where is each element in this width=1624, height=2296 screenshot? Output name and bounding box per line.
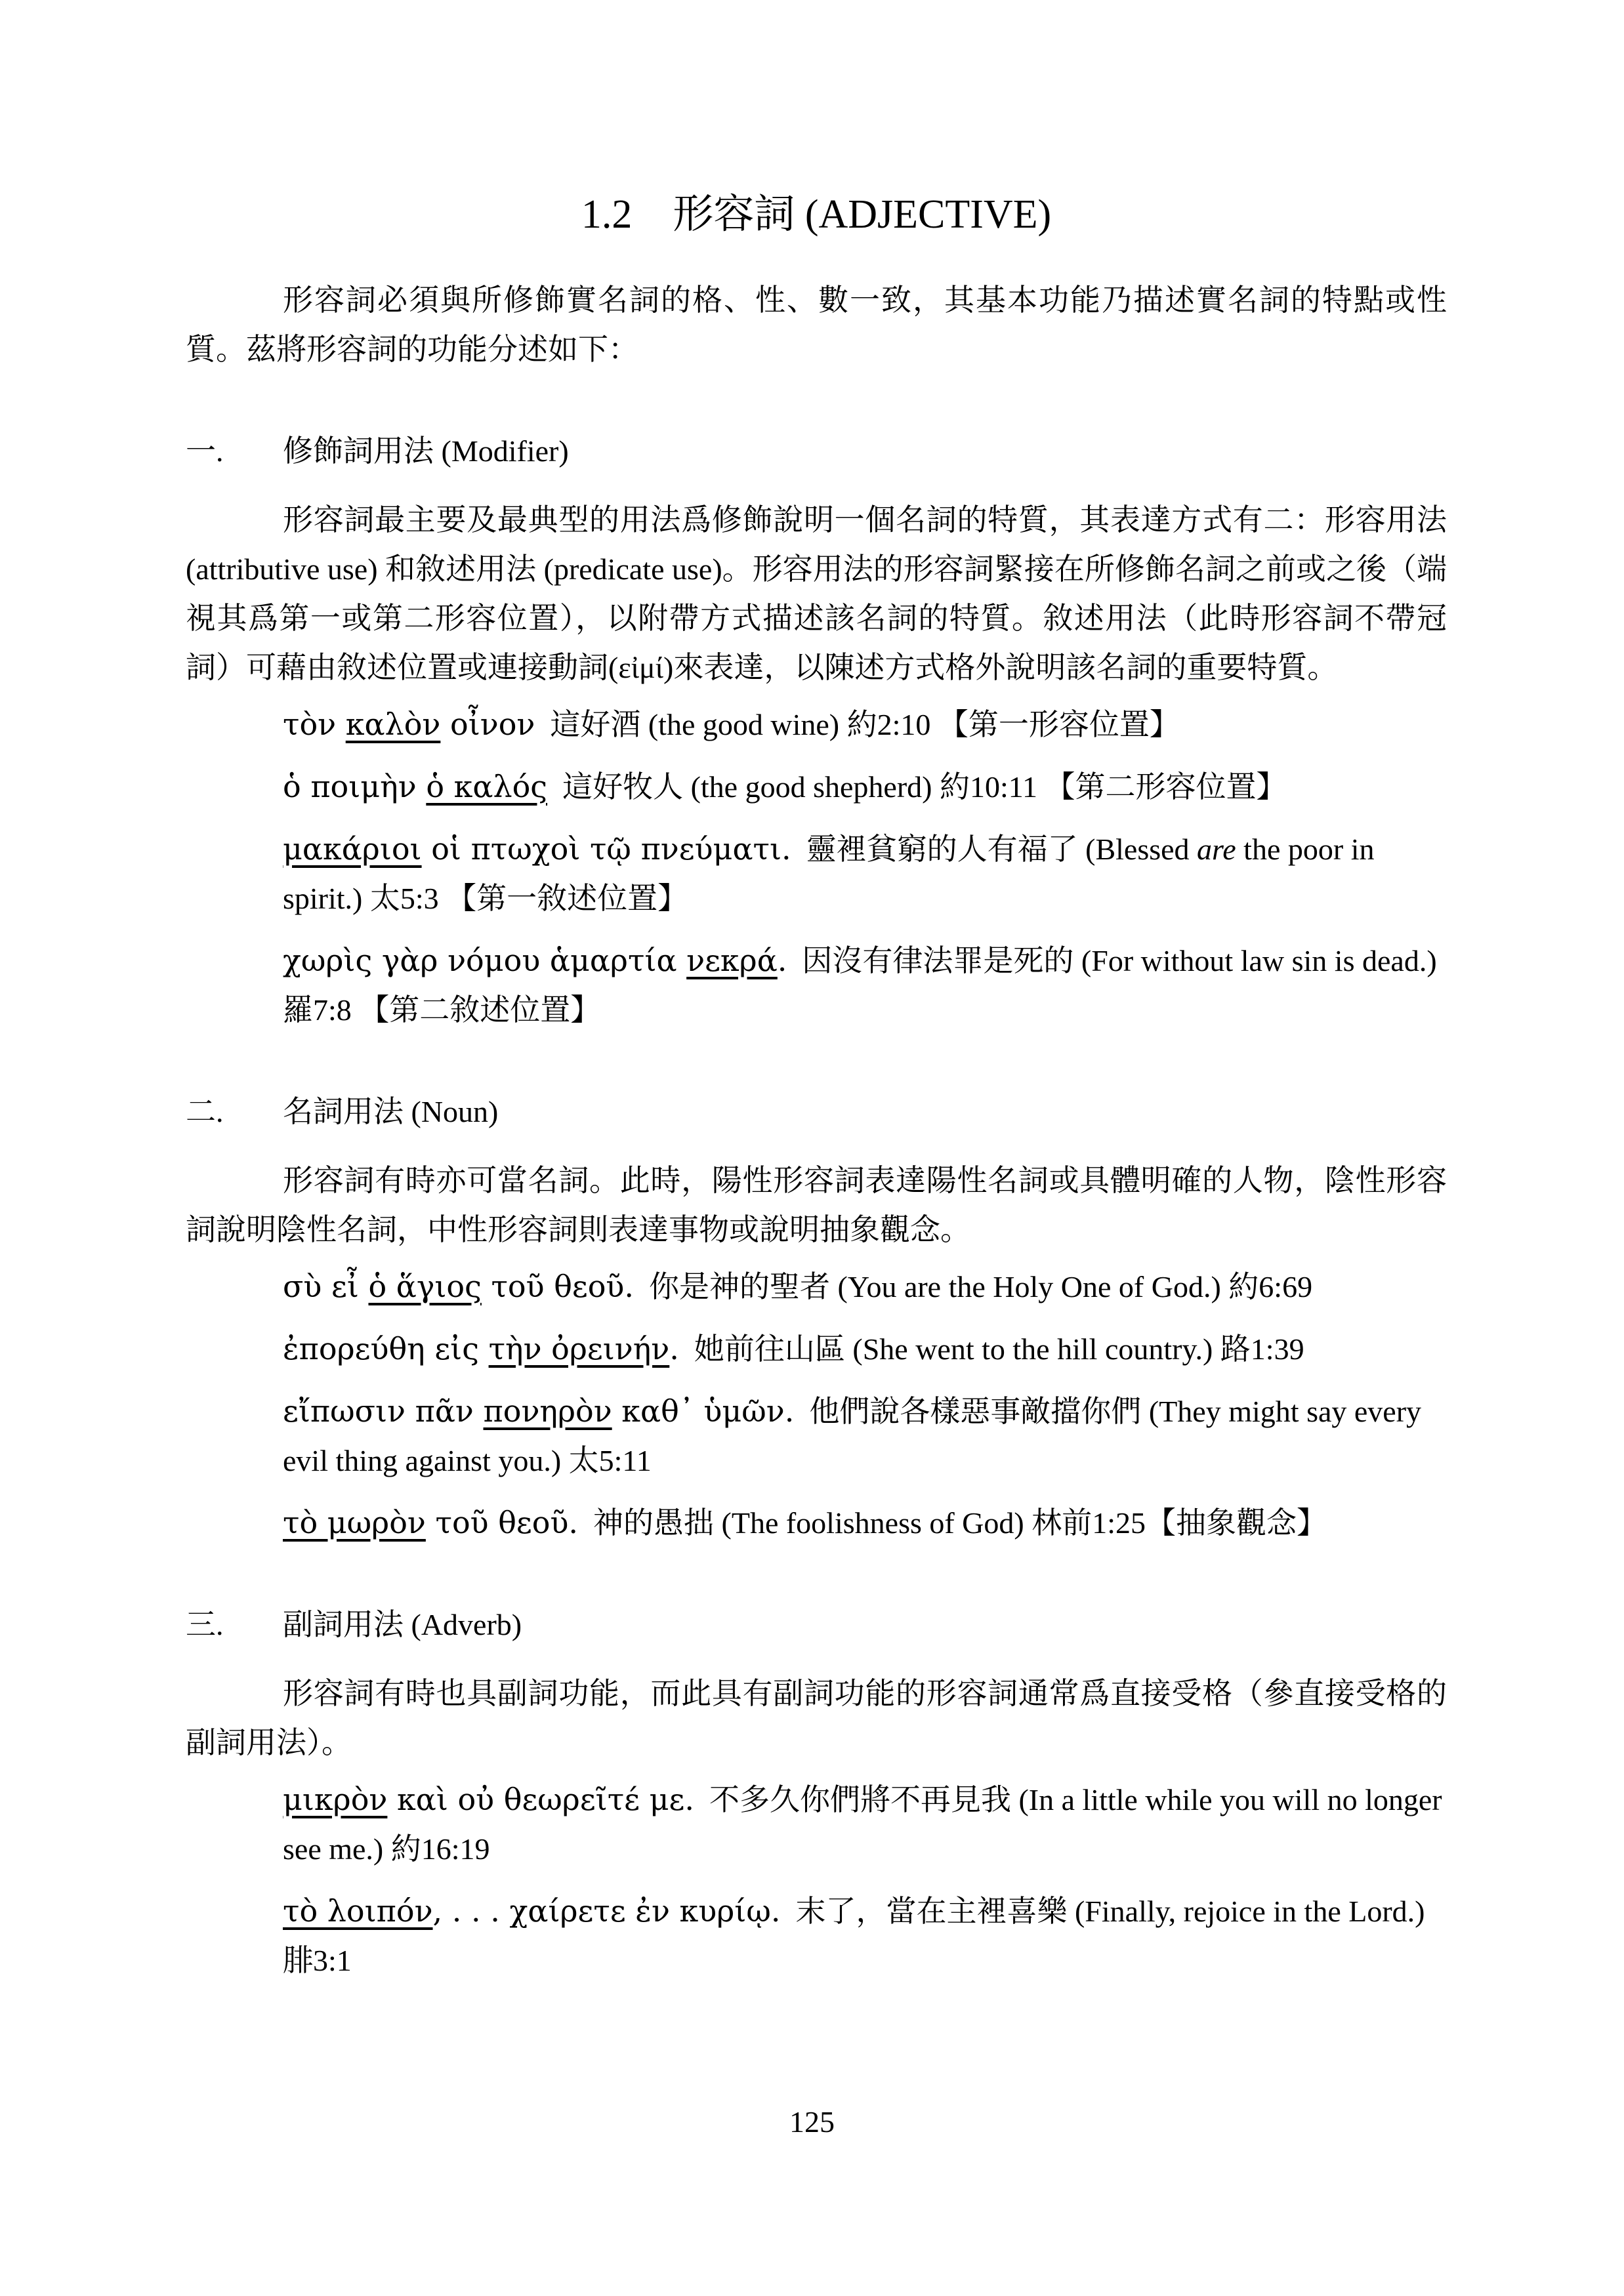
greek-text: τοῦ θεοῦ.	[426, 1505, 578, 1540]
example-text: 靈裡貧窮的人有福了 (Blessed	[791, 832, 1197, 866]
example-text: 你是神的聖者 (You are the Holy One of God.) 約6…	[634, 1270, 1312, 1303]
underlined-greek: καλὸν	[346, 707, 441, 742]
example-line: εἴπωσιν πᾶν πονηρὸν καθ᾽ ὑμῶν. 他們說各樣惡事敵擋…	[283, 1387, 1447, 1485]
example-line: τὸ μωρὸν τοῦ θεοῦ. 神的愚拙 (The foolishness…	[283, 1498, 1447, 1548]
greek-text: ἐπορεύθη εἰς	[283, 1331, 489, 1366]
example-line: χωρὶς γὰρ νόμου ἁμαρτία νεκρά. 因沒有律法罪是死的…	[283, 936, 1447, 1035]
example-text: 神的愚拙 (The foolishness of God) 林前1:25【抽象觀…	[578, 1506, 1327, 1540]
example-text: 這好牧人 (the good shepherd) 約10:11 【第二形容位置】	[547, 770, 1286, 804]
example-line: ἐπορεύθη εἰς τὴν ὀρεινήν. 她前往山區 (She wen…	[283, 1324, 1447, 1374]
section-number: 二.	[186, 1087, 283, 1136]
greek-text: καὶ οὐ θεωρεῖτέ με.	[387, 1782, 694, 1817]
section-3: 三.副詞用法 (Adverb)形容詞有時也具副詞功能，而此具有副詞功能的形容詞通…	[186, 1600, 1447, 1985]
greek-text: ὁ ποιμὴν	[283, 769, 426, 804]
sections-container: 一.修飾詞用法 (Modifier)形容詞最主要及最典型的用法爲修飾說明一個名詞…	[186, 426, 1447, 1985]
page-number: 125	[0, 2102, 1624, 2142]
section-paragraph: 形容詞最主要及最典型的用法爲修飾說明一個名詞的特質，其表達方式有二：形容用法 (…	[186, 495, 1447, 692]
section-heading: 一.修飾詞用法 (Modifier)	[186, 426, 1447, 476]
greek-text: εἴπωσιν πᾶν	[283, 1393, 484, 1429]
greek-text: οἶνον	[440, 707, 535, 742]
example-line: τὸν καλὸν οἶνον 這好酒 (the good wine) 約2:1…	[283, 700, 1447, 749]
intro-paragraph: 形容詞必須與所修飾實名詞的格、性、數一致，其基本功能乃描述實名詞的特點或性質。茲…	[186, 276, 1447, 374]
section-heading: 二.名詞用法 (Noun)	[186, 1087, 1447, 1136]
section-paragraph: 形容詞有時也具副詞功能，而此具有副詞功能的形容詞通常爲直接受格（參直接受格的副詞…	[186, 1669, 1447, 1767]
section-number: 一.	[186, 426, 283, 476]
greek-text: .	[669, 1331, 679, 1366]
section-1: 一.修飾詞用法 (Modifier)形容詞最主要及最典型的用法爲修飾說明一個名詞…	[186, 426, 1447, 1035]
section-heading-text: 副詞用法 (Adverb)	[283, 1608, 522, 1641]
greek-text: σὺ εἶ	[283, 1269, 368, 1304]
page-title: 1.2 形容詞 (ADJECTIVE)	[186, 184, 1447, 246]
example-text: 她前往山區 (She went to the hill country.) 路1…	[679, 1332, 1304, 1366]
underlined-greek: ὁ ἅγιος	[368, 1269, 481, 1304]
greek-text: .	[778, 943, 787, 978]
section-heading-text: 名詞用法 (Noun)	[283, 1095, 498, 1128]
examples-list: τὸν καλὸν οἶνον 這好酒 (the good wine) 約2:1…	[186, 700, 1447, 1035]
example-line: τὸ λοιπόν, . . . χαίρετε ἐν κυρίῳ. 末了，當在…	[283, 1887, 1447, 1985]
greek-text: χωρὶς γὰρ νόμου ἁμαρτία	[283, 943, 686, 978]
underlined-greek: τὸ λοιπόν	[283, 1893, 433, 1929]
underlined-greek: μικρὸν	[283, 1782, 387, 1817]
examples-list: σὺ εἶ ὁ ἅγιος τοῦ θεοῦ. 你是神的聖者 (You are …	[186, 1262, 1447, 1548]
section-number: 三.	[186, 1600, 283, 1649]
example-line: σὺ εἶ ὁ ἅγιος τοῦ θεοῦ. 你是神的聖者 (You are …	[283, 1262, 1447, 1311]
greek-text: οἱ πτωχοὶ τῷ πνεύματι.	[422, 831, 791, 867]
example-text: 這好酒 (the good wine) 約2:10 【第一形容位置】	[535, 708, 1180, 741]
greek-text: τοῦ θεοῦ.	[482, 1269, 634, 1304]
section-paragraph: 形容詞有時亦可當名詞。此時，陽性形容詞表達陽性名詞或具體明確的人物，陰性形容詞說…	[186, 1156, 1447, 1254]
underlined-greek: τὴν ὀρεινήν	[489, 1331, 670, 1366]
greek-text: καθ᾽ ὑμῶν.	[612, 1393, 795, 1429]
example-line: μικρὸν καὶ οὐ θεωρεῖτέ με. 不多久你們將不再見我 (I…	[283, 1775, 1447, 1874]
section-2: 二.名詞用法 (Noun)形容詞有時亦可當名詞。此時，陽性形容詞表達陽性名詞或具…	[186, 1087, 1447, 1548]
underlined-greek: ὁ καλός	[426, 769, 547, 804]
greek-text: τὸν	[283, 707, 346, 742]
underlined-greek: πονηρὸν	[484, 1393, 612, 1429]
example-line: μακάριοι οἱ πτωχοὶ τῷ πνεύματι. 靈裡貧窮的人有福…	[283, 825, 1447, 923]
italic-word: are	[1197, 832, 1236, 866]
greek-text: , . . . χαίρετε ἐν κυρίῳ.	[433, 1893, 781, 1929]
underlined-greek: τὸ μωρὸν	[283, 1505, 426, 1540]
section-heading: 三.副詞用法 (Adverb)	[186, 1600, 1447, 1649]
examples-list: μικρὸν καὶ οὐ θεωρεῖτέ με. 不多久你們將不再見我 (I…	[186, 1775, 1447, 1985]
example-line: ὁ ποιμὴν ὁ καλός 這好牧人 (the good shepherd…	[283, 762, 1447, 811]
section-heading-text: 修飾詞用法 (Modifier)	[283, 434, 569, 468]
document-page: 1.2 形容詞 (ADJECTIVE) 形容詞必須與所修飾實名詞的格、性、數一致…	[0, 0, 1624, 1985]
underlined-greek: μακάριοι	[283, 831, 422, 867]
underlined-greek: νεκρά	[686, 943, 778, 978]
